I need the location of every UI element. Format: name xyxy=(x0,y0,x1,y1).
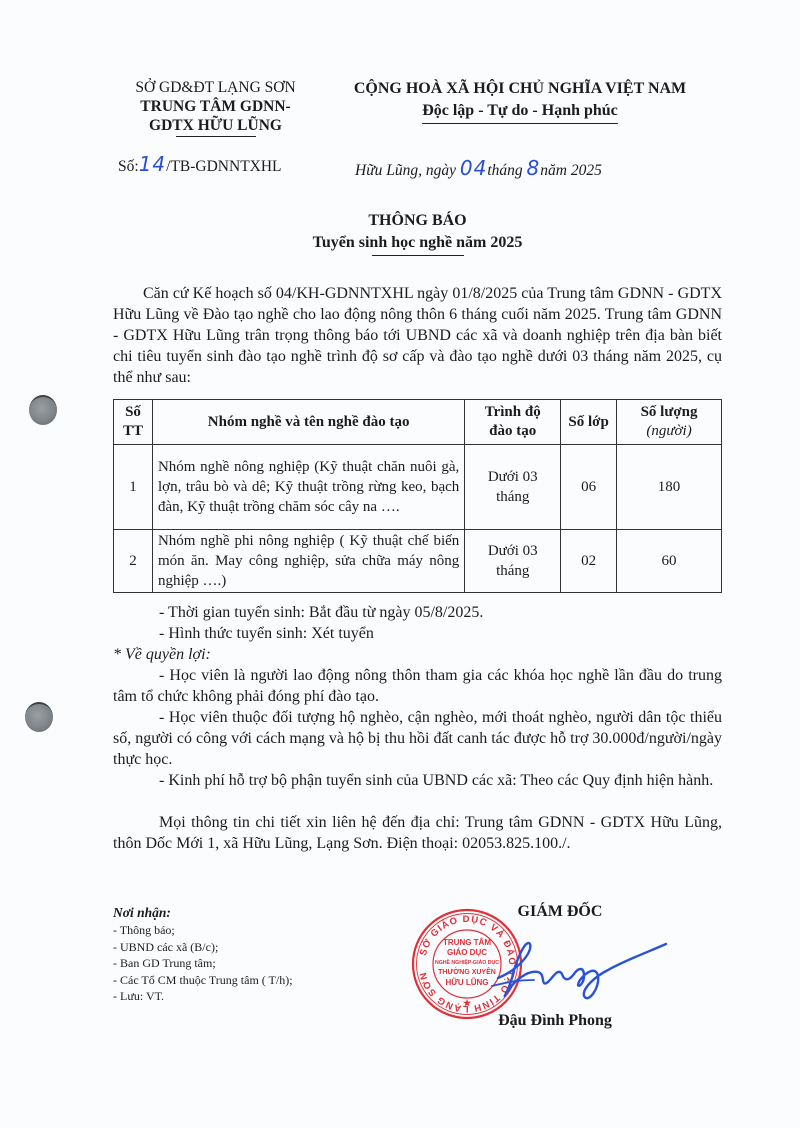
national-motto: Độc lập - Tự do - Hạnh phúc xyxy=(422,100,618,124)
recipient-item: - Thông báo; xyxy=(113,922,293,939)
intro-paragraph: Căn cứ Kế hoạch số 04/KH-GDNNTXHL ngày 0… xyxy=(113,283,722,388)
recipient-item: - UBND các xã (B/c); xyxy=(113,939,293,956)
agency-underline xyxy=(176,136,256,137)
cell-level-line1: Dưới 03 xyxy=(488,469,538,485)
enroll-method: - Hình thức tuyển sinh: Xét tuyển xyxy=(113,623,722,644)
title-main: THÔNG BÁO xyxy=(113,210,722,232)
cell-name: Nhóm nghề phi nông nghiệp ( Kỹ thuật chế… xyxy=(152,530,464,593)
title-underline xyxy=(372,255,464,256)
document-date: Hữu Lũng, ngày 04tháng 8năm 2025 xyxy=(355,156,602,180)
svg-text:TRUNG TÂM: TRUNG TÂM xyxy=(443,938,491,947)
signer-title: GIÁM ĐỐC xyxy=(480,903,640,921)
cell-no: 1 xyxy=(114,445,153,530)
col-header-classes: Số lớp xyxy=(561,400,617,445)
cell-level: Dưới 03 tháng xyxy=(465,530,561,593)
doc-number-suffix: /TB-GDNNTXHL xyxy=(166,158,281,175)
svg-text:GIÁO DỤC: GIÁO DỤC xyxy=(447,948,487,957)
recipients-heading: Nơi nhận: xyxy=(113,904,293,922)
recipient-item: - Các Tổ CM thuộc Trung tâm ( T/h); xyxy=(113,972,293,989)
contact-paragraph: Mọi thông tin chi tiết xin liên hệ đến đ… xyxy=(113,812,722,854)
cell-classes: 02 xyxy=(561,530,617,593)
date-month: 8 xyxy=(527,156,541,180)
date-day: 04 xyxy=(460,156,487,180)
agency-line-3: GDTX HỮU LŨNG xyxy=(113,116,318,135)
agency-line-2: TRUNG TÂM GDNN- xyxy=(113,97,318,116)
title-sub: Tuyển sinh học nghề năm 2025 xyxy=(113,232,722,254)
col-header-level-line2: đào tạo xyxy=(489,423,536,439)
document-title: THÔNG BÁO Tuyển sinh học nghề năm 2025 xyxy=(113,210,722,256)
doc-number-handwritten: 14 xyxy=(139,152,166,176)
col-header-name: Nhóm nghề và tên nghề đào tạo xyxy=(152,400,464,445)
col-header-level: Trình độ đào tạo xyxy=(465,400,561,445)
cell-qty: 60 xyxy=(617,530,722,593)
enrollment-info: - Thời gian tuyển sinh: Bắt đầu từ ngày … xyxy=(113,602,722,644)
issuing-agency: SỞ GD&ĐT LẠNG SƠN TRUNG TÂM GDNN- GDTX H… xyxy=(113,78,318,137)
right-item-2: - Học viên thuộc đối tượng hộ nghèo, cận… xyxy=(113,707,722,770)
cell-level: Dưới 03 tháng xyxy=(465,445,561,530)
cell-qty: 180 xyxy=(617,445,722,530)
col-header-no-line2: TT xyxy=(123,423,143,439)
date-month-label: tháng xyxy=(487,162,526,179)
cell-level-line2: tháng xyxy=(496,489,529,505)
svg-text:★: ★ xyxy=(463,998,472,1008)
col-header-no: Số TT xyxy=(114,400,153,445)
col-header-qty-unit: (người) xyxy=(622,422,716,441)
document-number: Số:14/TB-GDNNTXHL xyxy=(118,152,282,176)
national-header: CỘNG HOÀ XÃ HỘI CHỦ NGHĨA VIỆT NAM Độc l… xyxy=(330,78,710,124)
right-item-3: - Kinh phí hỗ trợ bộ phận tuyển sinh của… xyxy=(113,770,722,791)
col-header-qty-label: Số lượng xyxy=(641,404,698,420)
cell-no: 2 xyxy=(114,530,153,593)
punch-hole xyxy=(29,395,57,425)
rights-heading: * Về quyền lợi: xyxy=(113,644,722,665)
table-row: 1 Nhóm nghề nông nghiệp (Kỹ thuật chăn n… xyxy=(114,445,722,530)
recipient-item: - Ban GD Trung tâm; xyxy=(113,955,293,972)
cell-level-line2: tháng xyxy=(496,563,529,579)
col-header-qty: Số lượng (người) xyxy=(617,400,722,445)
doc-number-prefix: Số: xyxy=(118,158,139,175)
recipients-list: Nơi nhận: - Thông báo; - UBND các xã (B/… xyxy=(113,904,293,1005)
col-header-no-line1: Số xyxy=(125,404,141,420)
col-header-level-line1: Trình độ xyxy=(485,404,541,420)
recipient-item: - Lưu: VT. xyxy=(113,988,293,1005)
document-page: SỞ GD&ĐT LẠNG SƠN TRUNG TÂM GDNN- GDTX H… xyxy=(0,0,800,1128)
enrollment-table: Số TT Nhóm nghề và tên nghề đào tạo Trìn… xyxy=(113,399,722,593)
cell-level-line1: Dưới 03 xyxy=(488,543,538,559)
punch-hole xyxy=(25,702,53,732)
cell-name: Nhóm nghề nông nghiệp (Kỹ thuật chăn nuô… xyxy=(152,445,464,530)
table-row: 2 Nhóm nghề phi nông nghiệp ( Kỹ thuật c… xyxy=(114,530,722,593)
agency-line-1: SỞ GD&ĐT LẠNG SƠN xyxy=(113,78,318,97)
handwritten-signature-icon xyxy=(488,930,668,1010)
signer-name: Đậu Đình Phong xyxy=(480,1012,630,1030)
nation-name: CỘNG HOÀ XÃ HỘI CHỦ NGHĨA VIỆT NAM xyxy=(330,78,710,100)
date-place: Hữu Lũng, ngày xyxy=(355,162,460,179)
table-header-row: Số TT Nhóm nghề và tên nghề đào tạo Trìn… xyxy=(114,400,722,445)
svg-text:HỮU LŨNG: HỮU LŨNG xyxy=(445,978,488,987)
right-item-1: - Học viên là người lao động nông thôn t… xyxy=(113,665,722,707)
enroll-time: - Thời gian tuyển sinh: Bắt đầu từ ngày … xyxy=(113,602,722,623)
cell-classes: 06 xyxy=(561,445,617,530)
date-year: năm 2025 xyxy=(540,162,602,179)
